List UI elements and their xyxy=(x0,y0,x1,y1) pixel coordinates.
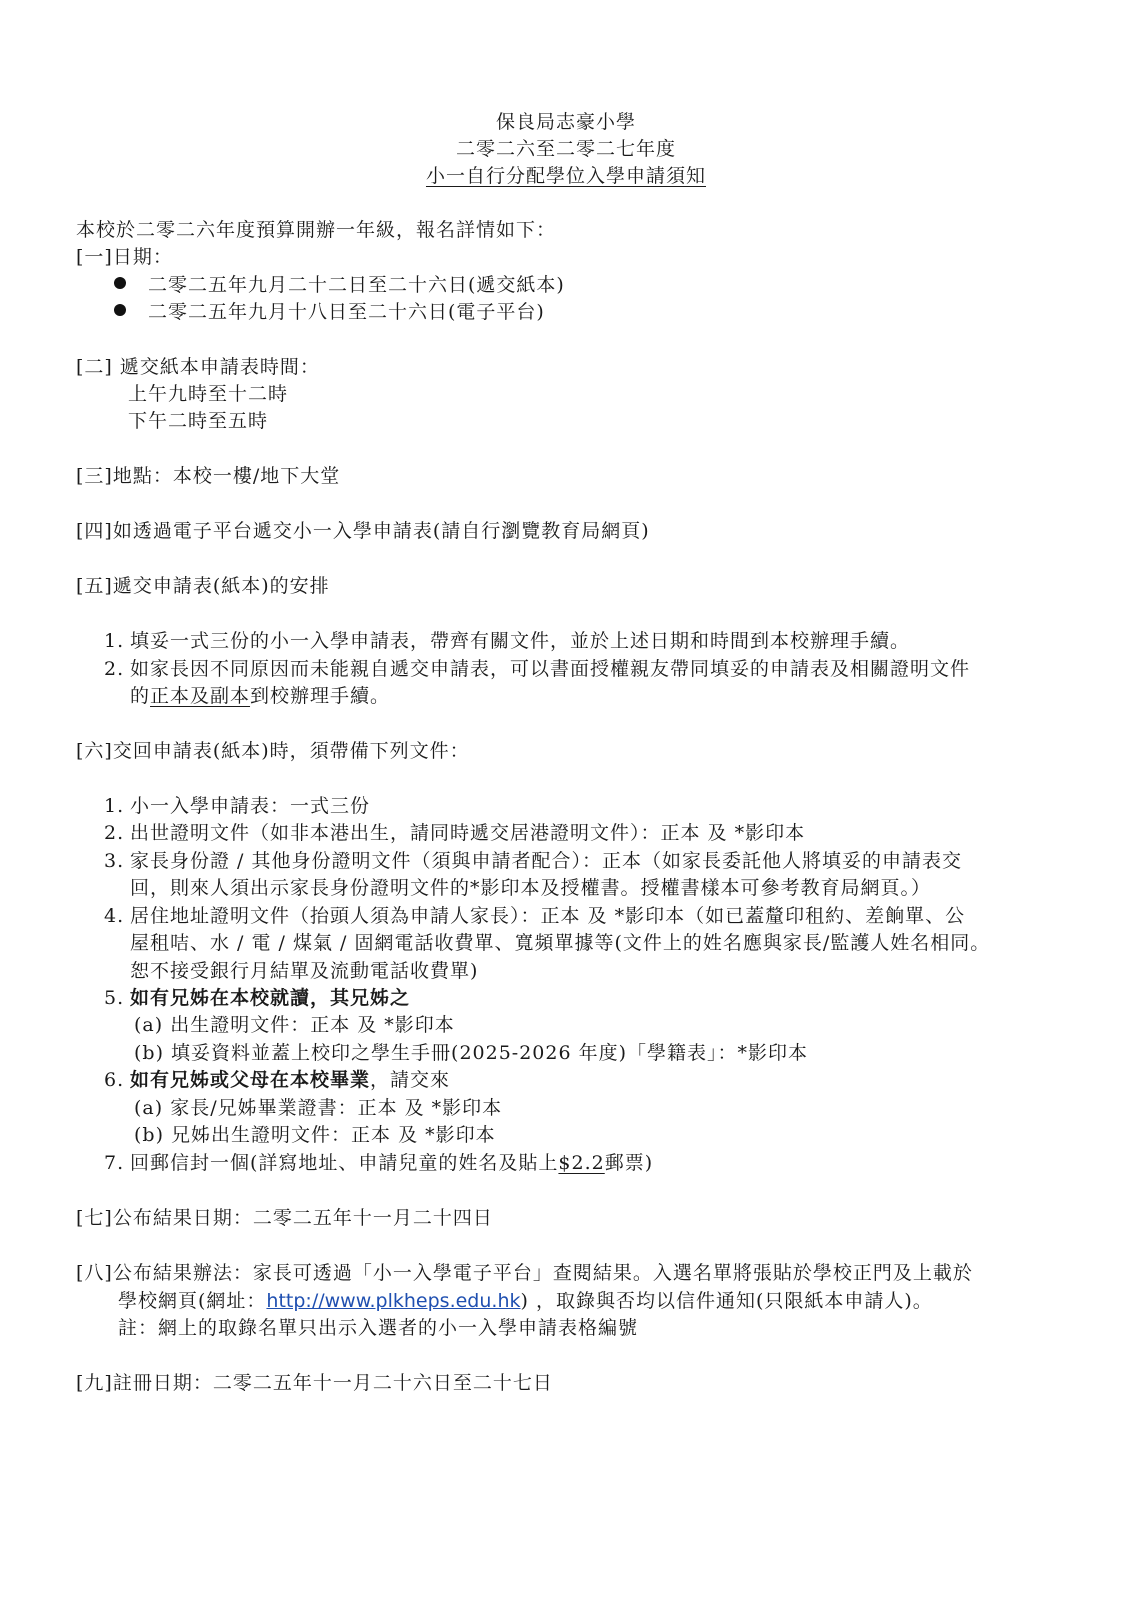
item-number: 1. xyxy=(104,627,130,655)
section-8-heading: [八]公布結果辦法：家長可透過「小一入學電子平台」查閱結果。入選名單將張貼於學校… xyxy=(76,1259,973,1287)
s6-item-6: 6.如有兄姊或父母在本校畢業，請交來 xyxy=(104,1066,450,1094)
bullet-icon xyxy=(114,304,126,316)
item-text: 填妥一式三份的小一入學申請表，帶齊有關文件，並於上述日期和時間到本校辦理手續。 xyxy=(130,630,910,652)
s5-item-2: 2.如家長因不同原因而未能親自遞交申請表，可以書面授權親友帶同填妥的申請表及相關… xyxy=(104,655,970,683)
document-title: 小一自行分配學位入學申請須知 xyxy=(426,165,706,187)
item-number: 3. xyxy=(104,847,130,875)
bullet-text: 二零二五年九月二十二日至二十六日(遞交紙本) xyxy=(148,274,565,296)
item-number: 6. xyxy=(104,1066,130,1094)
underlined-text: 正本及副本 xyxy=(150,685,250,707)
intro-text: 本校於二零二六年度預算開辦一年級，報名詳情如下： xyxy=(76,216,556,244)
item-number: 2. xyxy=(104,655,130,683)
section-9-heading: [九]註冊日期：二零二五年十一月二十六日至二十七日 xyxy=(76,1369,553,1397)
time-morning: 上午九時至十二時 xyxy=(128,380,288,408)
date-bullet-paper: 二零二五年九月二十二日至二十六日(遞交紙本) xyxy=(114,271,565,299)
item-number: 7. xyxy=(104,1149,130,1177)
item-text: 居住地址證明文件（抬頭人須為申請人家長）：正本 及 *影印本（如已蓋釐印租約、差… xyxy=(130,905,965,927)
s6-item-3: 3.家長身份證 / 其他身份證明文件（須與申請者配合）：正本（如家長委託他人將填… xyxy=(104,847,962,875)
section-1-heading: [一]日期： xyxy=(76,243,173,271)
section-3-heading: [三]地點：本校一樓/地下大堂 xyxy=(76,462,340,490)
s6-item-5a: (a) 出生證明文件：正本 及 *影印本 xyxy=(134,1011,455,1039)
s6-item-7: 7.回郵信封一個(詳寫地址、申請兒童的姓名及貼上$2.2郵票) xyxy=(104,1149,653,1177)
item-number: 5. xyxy=(104,984,130,1012)
s6-item-2: 2.出世證明文件（如非本港出生，請同時遞交居港證明文件）：正本 及 *影印本 xyxy=(104,819,805,847)
item-number: 1. xyxy=(104,792,130,820)
item-number: 2. xyxy=(104,819,130,847)
item-text: 家長身份證 / 其他身份證明文件（須與申請者配合）：正本（如家長委託他人將填妥的… xyxy=(130,850,962,872)
s6-item-5b: (b) 填妥資料並蓋上校印之學生手冊(2025-2026 年度)「學籍表」：*影… xyxy=(134,1039,808,1067)
item-text: ) ，取錄與否均以信件通知(只限紙本申請人)。 xyxy=(521,1290,933,1312)
date-bullet-online: 二零二五年九月十八日至二十六日(電子平台) xyxy=(114,298,545,326)
bullet-icon xyxy=(114,277,126,289)
school-website-link[interactable]: http://www.plkheps.edu.hk xyxy=(266,1290,520,1312)
section-8-note: 註：網上的取錄名單只出示入選者的小一入學申請表格編號 xyxy=(118,1314,638,1342)
school-name: 保良局志豪小學 xyxy=(0,108,1132,136)
s6-item-1: 1.小一入學申請表：一式三份 xyxy=(104,792,370,820)
s6-item-3-cont: 回，則來人須出示家長身份證明文件的*影印本及授權書。授權書樣本可參考教育局網頁。… xyxy=(130,874,931,902)
item-text: ，請交來 xyxy=(370,1069,450,1091)
bold-text: 如有兄姊在本校就讀，其兄姊之 xyxy=(130,987,410,1009)
s6-item-4: 4.居住地址證明文件（抬頭人須為申請人家長）：正本 及 *影印本（如已蓋釐印租約… xyxy=(104,902,965,930)
time-afternoon: 下午二時至五時 xyxy=(128,407,268,435)
bold-text: 如有兄姊或父母在本校畢業 xyxy=(130,1069,370,1091)
section-5-heading: [五]遞交申請表(紙本)的安排 xyxy=(76,572,330,600)
s6-item-6a: (a) 家長/兄姊畢業證書：正本 及 *影印本 xyxy=(134,1094,502,1122)
s6-item-5: 5.如有兄姊在本校就讀，其兄姊之 xyxy=(104,984,410,1012)
section-4-heading: [四]如透過電子平台遞交小一入學申請表(請自行瀏覽教育局網頁) xyxy=(76,517,650,545)
item-text: 出世證明文件（如非本港出生，請同時遞交居港證明文件）：正本 及 *影印本 xyxy=(130,822,805,844)
item-text: 回郵信封一個(詳寫地址、申請兒童的姓名及貼上 xyxy=(130,1152,558,1174)
s5-item-1: 1.填妥一式三份的小一入學申請表，帶齊有關文件，並於上述日期和時間到本校辦理手續… xyxy=(104,627,910,655)
document-title-wrap: 小一自行分配學位入學申請須知 xyxy=(0,162,1132,190)
item-text: 學校網頁(網址： xyxy=(118,1290,266,1312)
section-6-heading: [六]交回申請表(紙本)時，須帶備下列文件： xyxy=(76,737,470,765)
s6-item-4-cont: 恕不接受銀行月結單及流動電話收費單) xyxy=(130,957,478,985)
section-2-heading: [二] 遞交紙本申請表時間： xyxy=(76,353,320,381)
section-8-line2: 學校網頁(網址：http://www.plkheps.edu.hk) ，取錄與否… xyxy=(118,1287,933,1315)
s6-item-6b: (b) 兄姊出生證明文件：正本 及 *影印本 xyxy=(134,1121,496,1149)
school-year: 二零二六至二零二七年度 xyxy=(0,135,1132,163)
item-number: 4. xyxy=(104,902,130,930)
item-text: 小一入學申請表：一式三份 xyxy=(130,795,370,817)
item-text: 如家長因不同原因而未能親自遞交申請表，可以書面授權親友帶同填妥的申請表及相關證明… xyxy=(130,658,970,680)
stamp-amount: $2.2 xyxy=(558,1152,604,1174)
item-text: 郵票) xyxy=(605,1152,653,1174)
s6-item-4-cont: 屋租咭、水 / 電 / 煤氣 / 固網電話收費單、寬頻單據等(文件上的姓名應與家… xyxy=(130,929,990,957)
section-7-heading: [七]公布結果日期：二零二五年十一月二十四日 xyxy=(76,1204,493,1232)
item-text: 到校辦理手續。 xyxy=(250,685,390,707)
s5-item-2-cont: 的正本及副本到校辦理手續。 xyxy=(130,682,390,710)
item-text: 的 xyxy=(130,685,150,707)
bullet-text: 二零二五年九月十八日至二十六日(電子平台) xyxy=(148,301,545,323)
